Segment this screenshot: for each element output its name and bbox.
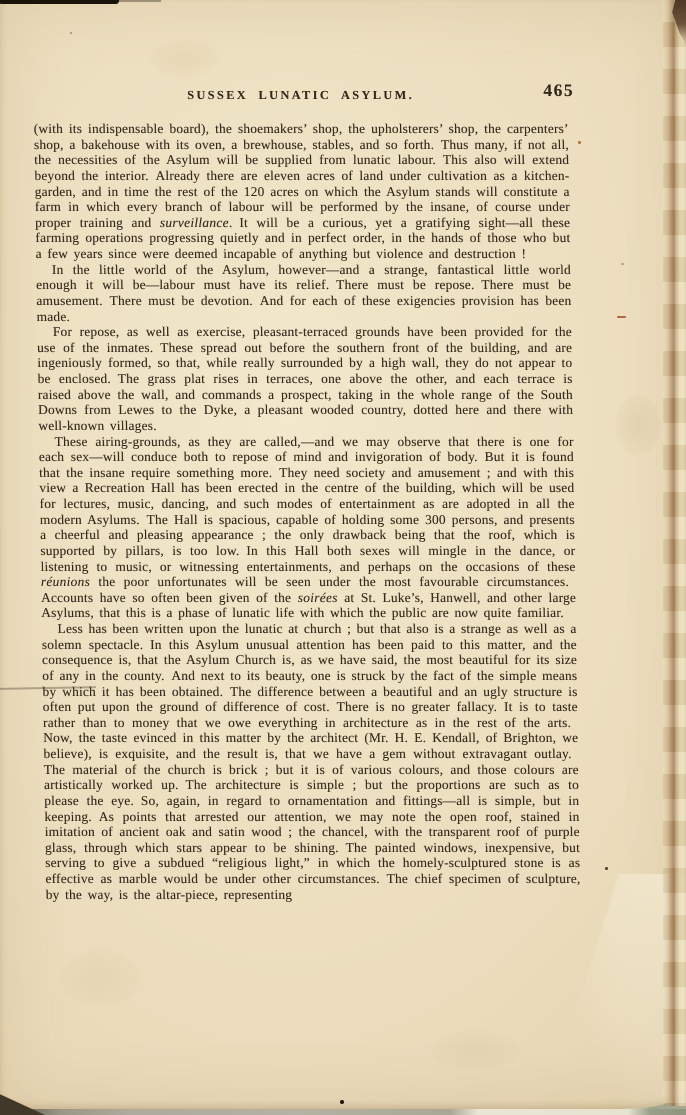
text-run: (with its indispensable board), the shoe… [34,121,570,230]
text-run: These airing-grounds, as they are called… [39,434,576,574]
running-header: SUSSEX LUNATIC ASYLUM. [33,88,568,103]
paper-stain [150,40,220,80]
orange-speck [621,263,624,265]
italic-text-run: surveillance [160,215,229,230]
page-number: 465 [543,80,574,101]
paper-stain [615,395,661,455]
red-speck [578,141,581,144]
worn-page-edge [663,0,686,1106]
text-run: For repose, as well as exercise, pleasan… [37,324,573,433]
page-text: SUSSEX LUNATIC ASYLUM. 465 (with its ind… [33,88,581,902]
red-dash-mark [617,316,626,318]
paragraph: In the little world of the Asylum, howev… [36,262,572,325]
paper-stain [60,950,140,1006]
scanned-book-page: SUSSEX LUNATIC ASYLUM. 465 (with its ind… [0,0,686,1115]
text-run: In the little world of the Asylum, howev… [36,262,571,324]
dark-speck [70,32,72,34]
body-text: (with its indispensable board), the shoe… [34,121,581,902]
text-run: Less has been written upon the lunatic a… [42,621,581,902]
paragraph: (with its indispensable board), the shoe… [34,121,571,262]
italic-text-run: soirées [298,590,338,605]
paragraph: Less has been written upon the lunatic a… [41,621,580,902]
paragraph: These airing-grounds, as they are called… [38,434,576,622]
dark-speck [340,1100,344,1104]
scan-artifact-top-strip [0,0,119,4]
paragraph: For repose, as well as exercise, pleasan… [37,324,574,433]
dark-speck [605,867,608,870]
page-header: SUSSEX LUNATIC ASYLUM. 465 [33,88,568,106]
italic-text-run: réunions [41,574,91,589]
paper-stain [430,1030,520,1070]
